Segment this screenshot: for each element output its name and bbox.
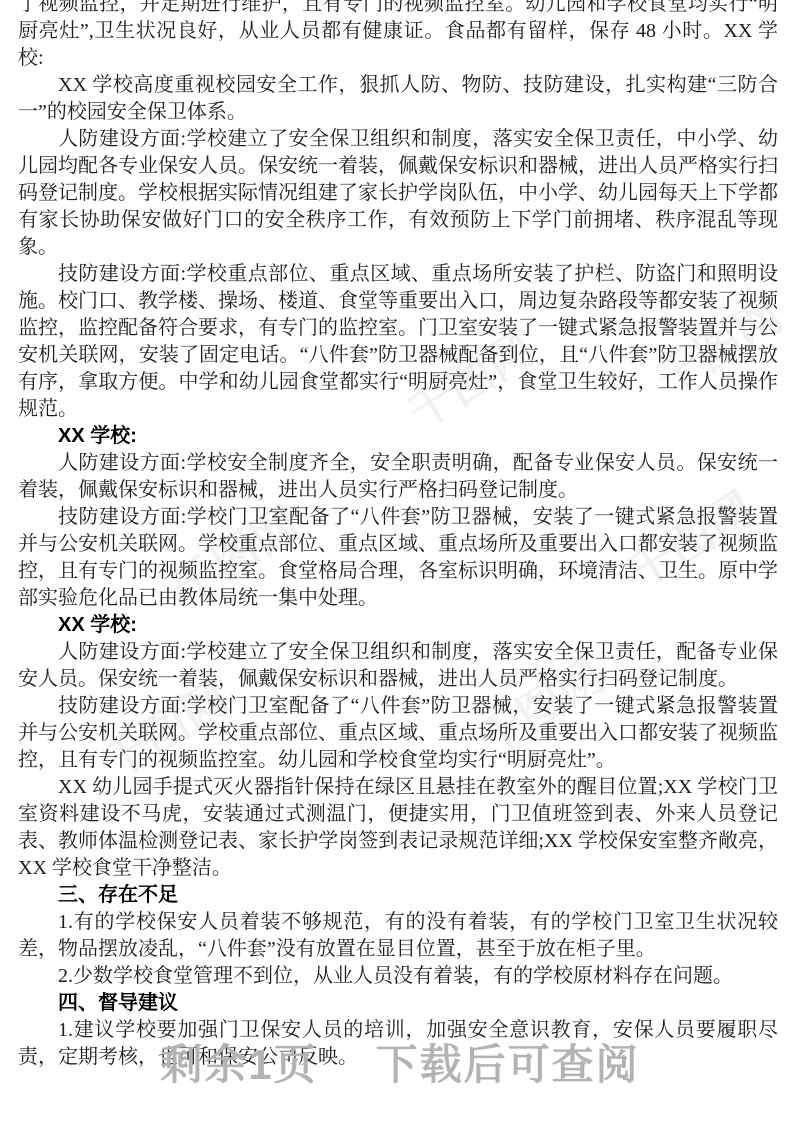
paragraph: XX 学校高度重视校园安全工作，狠抓人防、物防、技防建设，扎实构建“三防合一”的…	[18, 72, 778, 126]
section-heading: XX 学校:	[18, 423, 778, 450]
download-hint-label: 下载后可查阅	[376, 1041, 640, 1088]
paragraph: 了视频监控，并定期进行维护，且有专门的视频监控室。幼儿园和学校食堂均实行“明厨亮…	[18, 0, 778, 72]
section-heading: 三、存在不足	[18, 882, 778, 909]
section-heading: 四、督导建议	[18, 990, 778, 1017]
document-body: 了视频监控，并定期进行维护，且有专门的视频监控室。幼儿园和学校食堂均实行“明厨亮…	[18, 0, 778, 1071]
paragraph: XX 幼儿园手提式灭火器指针保持在绿区且悬挂在教室外的醒目位置;XX 学校门卫室…	[18, 774, 778, 882]
paragraph: 1.有的学校保安人员着装不够规范，有的没有着装，有的学校门卫室卫生状况较差，物品…	[18, 909, 778, 963]
paragraph: 人防建设方面:学校建立了安全保卫组织和制度，落实安全保卫责任，中小学、幼儿园均配…	[18, 126, 778, 261]
paragraph: 技防建设方面:学校门卫室配备了“八件套”防卫器械，安装了一键式紧急报警装置并与公…	[18, 693, 778, 774]
pages-remaining-label: 剩余1页	[160, 1041, 317, 1088]
section-heading: XX 学校:	[18, 612, 778, 639]
paragraph: 技防建设方面:学校门卫室配备了“八件套”防卫器械，安装了一键式紧急报警装置并与公…	[18, 504, 778, 612]
preview-footer: 剩余1页下载后可查阅	[0, 1032, 800, 1092]
document-page: 千图网 千图网 千图网 千图网 千图网 千图网 了视频监控，并定期进行维护，且有…	[0, 0, 800, 1140]
paragraph: 人防建设方面:学校安全制度齐全，安全职责明确，配备专业保安人员。保安统一着装，佩…	[18, 450, 778, 504]
paragraph: 2.少数学校食堂管理不到位，从业人员没有着装，有的学校原材料存在问题。	[18, 963, 778, 990]
paragraph: 技防建设方面:学校重点部位、重点区域、重点场所安装了护栏、防盗门和照明设施。校门…	[18, 261, 778, 423]
paragraph: 人防建设方面:学校建立了安全保卫组织和制度，落实安全保卫责任，配备专业保安人员。…	[18, 639, 778, 693]
